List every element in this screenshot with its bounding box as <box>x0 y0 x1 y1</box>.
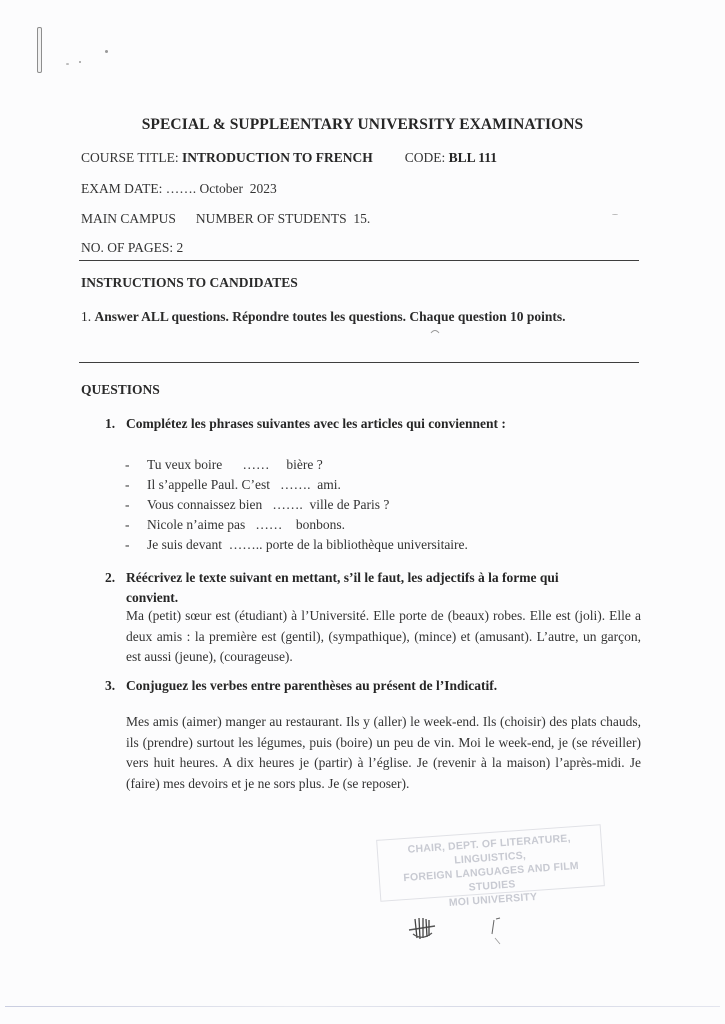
handwritten-mark <box>488 916 508 946</box>
bullet-dash: - <box>125 455 147 475</box>
instruction-number: 1. <box>81 309 95 324</box>
divider-rule <box>79 362 639 363</box>
campus-line: MAIN CAMPUSNUMBER OF STUDENTS 15. <box>81 211 370 227</box>
questions-heading: QUESTIONS <box>81 382 160 398</box>
list-item: -Nicole n’aime pas …… bonbons. <box>125 515 468 535</box>
course-info-line: COURSE TITLE: INTRODUCTION TO FRENCHCODE… <box>81 150 497 166</box>
sentence-text: Il s’appelle Paul. C’est ……. ami. <box>147 477 341 492</box>
scan-arc-mark <box>430 328 440 334</box>
exam-date: EXAM DATE: ……. October 2023 <box>81 181 277 197</box>
bullet-dash: - <box>125 475 147 495</box>
question-prompt: Réécrivez le texte suivant en mettant, s… <box>126 570 559 585</box>
exam-title: SPECIAL & SUPPLEENTARY UNIVERSITY EXAMIN… <box>0 116 725 134</box>
sentence-text: Je suis devant …….. porte de la biblioth… <box>147 537 468 552</box>
signature-mark <box>407 914 437 942</box>
list-item: -Vous connaissez bien ……. ville de Paris… <box>125 495 468 515</box>
question-number: 3. <box>105 678 126 694</box>
list-item: -Je suis devant …….. porte de la bibliot… <box>125 535 468 555</box>
course-title-label: COURSE TITLE: <box>81 150 182 165</box>
instruction-item: 1. Answer ALL questions. Répondre toutes… <box>81 309 565 325</box>
exam-page: SPECIAL & SUPPLEENTARY UNIVERSITY EXAMIN… <box>0 0 725 1024</box>
question-prompt: Complétez les phrases suivantes avec les… <box>126 416 506 431</box>
question-2-heading: 2.Réécrivez le texte suivant en mettant,… <box>105 568 559 608</box>
bullet-dash: - <box>125 495 147 515</box>
question-1-heading: 1.Complétez les phrases suivantes avec l… <box>105 416 506 432</box>
course-code-label: CODE: <box>405 150 449 165</box>
sentence-text: Tu veux boire …… bière ? <box>147 457 323 472</box>
question-number: 2. <box>105 568 126 588</box>
list-item: -Tu veux boire …… bière ? <box>125 455 468 475</box>
staple-mark <box>37 27 42 73</box>
department-stamp: CHAIR, DEPT. OF LITERATURE, LINGUISTICS,… <box>376 824 605 902</box>
scan-speck <box>66 63 69 65</box>
scan-speck <box>79 61 81 63</box>
scan-edge-line <box>5 1006 720 1007</box>
course-title-value: INTRODUCTION TO FRENCH <box>182 150 373 165</box>
scan-speck <box>612 214 618 215</box>
number-of-students: NUMBER OF STUDENTS 15. <box>196 211 370 226</box>
sentence-text: Vous connaissez bien ……. ville de Paris … <box>147 497 389 512</box>
scan-speck <box>105 50 108 53</box>
bullet-dash: - <box>125 515 147 535</box>
divider-rule <box>79 260 639 261</box>
campus-name: MAIN CAMPUS <box>81 211 176 226</box>
question-3-text: Mes amis (aimer) manger au restaurant. I… <box>126 712 641 794</box>
list-item: -Il s’appelle Paul. C’est ……. ami. <box>125 475 468 495</box>
course-code-value: BLL 111 <box>449 150 497 165</box>
question-number: 1. <box>105 416 126 432</box>
sentence-text: Nicole n’aime pas …… bonbons. <box>147 517 345 532</box>
question-prompt-continued: convient. <box>105 588 559 608</box>
bullet-dash: - <box>125 535 147 555</box>
question-2-text: Ma (petit) sœur est (étudiant) à l’Unive… <box>126 606 641 668</box>
question-3-heading: 3.Conjuguez les verbes entre parenthèses… <box>105 678 497 694</box>
instruction-text: Answer ALL questions. Répondre toutes le… <box>95 309 566 324</box>
number-of-pages: NO. OF PAGES: 2 <box>81 240 183 256</box>
instructions-heading: INSTRUCTIONS TO CANDIDATES <box>81 275 298 291</box>
question-1-sentences: -Tu veux boire …… bière ? -Il s’appelle … <box>125 455 468 555</box>
question-prompt: Conjuguez les verbes entre parenthèses a… <box>126 678 497 693</box>
